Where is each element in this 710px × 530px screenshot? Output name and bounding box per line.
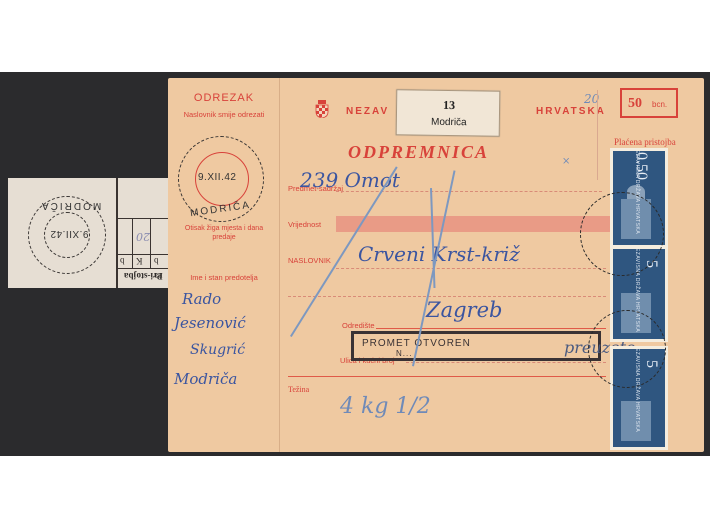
postmark-town: MODRIČA xyxy=(40,200,101,211)
receipt-fragment: 9.XII.42 MODRIČA 20 b K b Pri-stojba na xyxy=(8,178,168,288)
fragment-handwriting: 20 xyxy=(136,230,150,243)
unit-label: b xyxy=(120,256,125,266)
handstamp-text-line2: N... xyxy=(396,349,412,358)
table-rule xyxy=(132,218,133,268)
unit-label: K xyxy=(136,256,143,266)
header-country-right: HRVATSKA xyxy=(536,106,606,117)
stub-title: ODREZAK xyxy=(168,92,280,104)
field-line xyxy=(288,296,606,297)
field-value-content: 239 Omot xyxy=(300,168,400,192)
field-line xyxy=(376,328,606,329)
table-rule xyxy=(116,218,168,219)
header-country-left: NEZAV xyxy=(346,106,389,117)
field-label-addressee: NASLOVNIK xyxy=(288,256,331,265)
unit-label: b xyxy=(154,256,159,266)
field-value-city: Zagreb xyxy=(426,298,502,322)
sender-label: Ime i stan predotelja xyxy=(168,273,280,282)
field-line xyxy=(336,268,606,269)
table-rule xyxy=(116,254,168,255)
stamp-postmark xyxy=(580,192,664,276)
label-town: Modriča xyxy=(397,116,501,128)
sender-handwriting-line: Modriča xyxy=(174,370,237,388)
stub-subtitle: Naslovnik smije odrezati xyxy=(168,110,280,119)
weight-divider xyxy=(288,376,606,377)
field-label-destination: Odredište xyxy=(342,321,375,330)
fee-paid-label: Plaćena pristojba xyxy=(614,137,676,147)
field-value-weight: 4 kg 1/2 xyxy=(340,394,431,419)
table-rule xyxy=(116,268,168,269)
postmark-date: 9.XII.42 xyxy=(198,172,236,183)
dispatch-note-card: ODREZAK Naslovnik smije odrezati 9.XII.4… xyxy=(168,78,704,452)
stub-section: ODREZAK Naslovnik smije odrezati 9.XII.4… xyxy=(168,78,280,452)
postmark-date: 9.XII.42 xyxy=(50,228,88,239)
stub-stamp-label-line1: Otisak žiga mjesta i dana xyxy=(185,225,263,232)
label-number: 13 xyxy=(397,97,501,113)
field-label-value: Vrijednost xyxy=(288,220,321,229)
fee-box: 50 bcn. xyxy=(620,88,678,118)
fee-divider xyxy=(597,90,598,180)
table-rule xyxy=(150,218,151,268)
document-title: ODPREMNICA xyxy=(348,142,489,163)
post-office-label: 13 Modriča xyxy=(396,89,501,136)
stub-stamp-label: Otisak žiga mjesta i dana predaje xyxy=(168,224,280,242)
coat-of-arms-icon xyxy=(315,100,329,118)
column-header: na xyxy=(154,271,163,281)
field-label-weight: Težina xyxy=(288,385,309,394)
stamp-postmark xyxy=(588,310,666,388)
fee-value: 50 xyxy=(628,96,642,112)
sender-handwriting-line: Jesenović xyxy=(174,314,246,332)
field-line xyxy=(406,362,606,363)
fee-unit: bcn. xyxy=(652,100,667,109)
sender-handwriting-line: Skugrić xyxy=(190,342,245,358)
stub-stamp-label-line2: predaje xyxy=(212,234,235,241)
sender-handwriting-line: Rado xyxy=(182,290,221,308)
pencil-mark: × xyxy=(562,156,570,167)
